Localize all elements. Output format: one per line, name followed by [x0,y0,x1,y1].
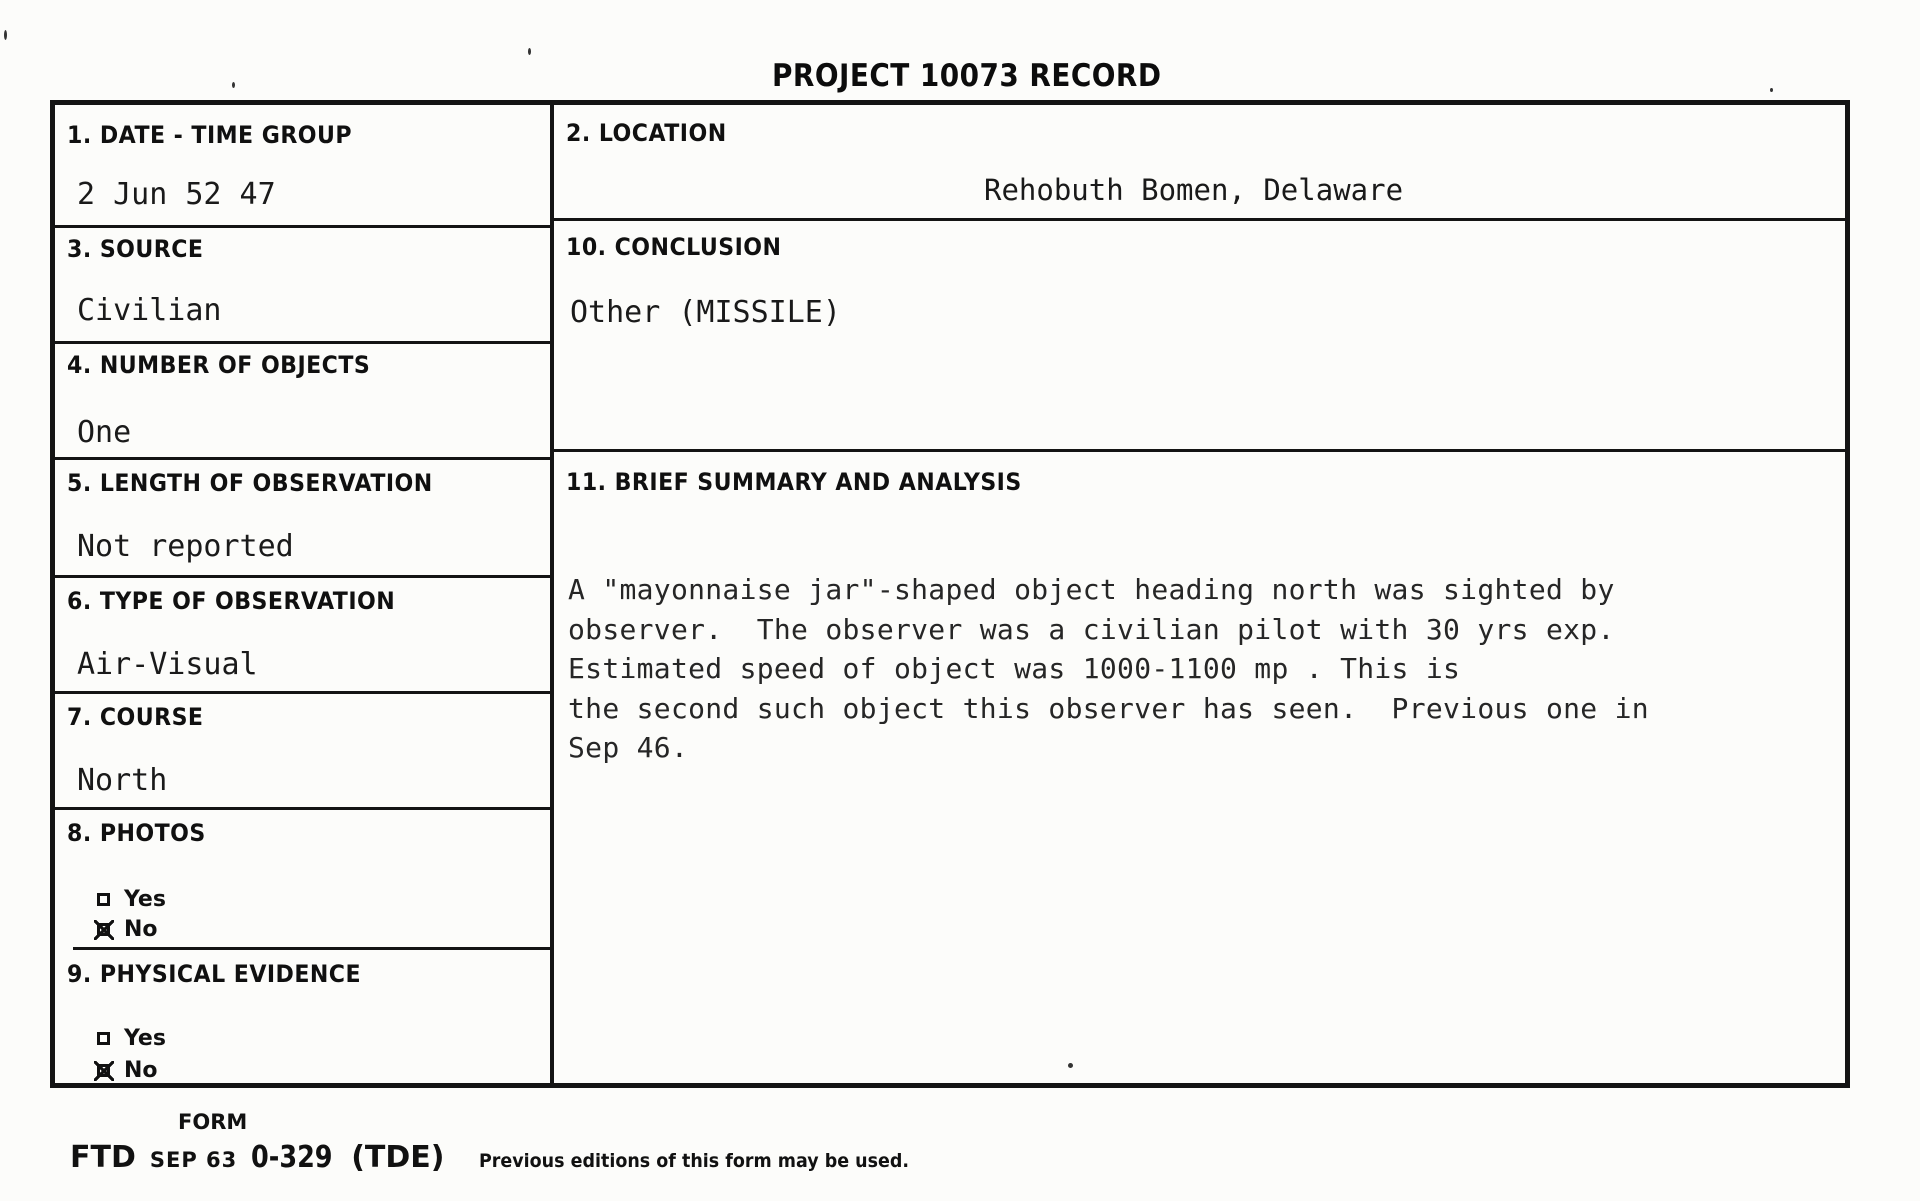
field-date-time-group: 1. DATE - TIME GROUP 2 Jun 52 47 [55,105,550,225]
field-label: 4. NUMBER OF OBJECTS [67,351,370,379]
scan-speck [528,48,531,55]
footer-office: (TDE) [351,1140,444,1175]
field-length-of-observation: 5. LENGTH OF OBSERVATION Not reported [55,457,550,575]
checkbox-icon[interactable] [97,893,110,906]
footer-form-word: FORM [178,1110,247,1134]
field-value: Not reported [77,529,294,564]
scan-speck [4,30,7,40]
footer-ftd: FTD [70,1140,136,1175]
option-label: Yes [124,887,166,912]
field-label: 2. LOCATION [566,119,727,147]
scan-speck [1068,1063,1073,1068]
checkbox-icon[interactable] [97,1032,110,1045]
footer-note: Previous editions of this form may be us… [479,1150,909,1172]
field-value: 2 Jun 52 47 [77,177,276,212]
scan-speck [232,82,235,88]
field-label: 6. TYPE OF OBSERVATION [67,587,395,615]
field-value: North [77,763,167,798]
field-label: 8. PHOTOS [67,819,206,847]
footer-date: SEP 63 [150,1148,237,1172]
footer-form-number: 0-329 [251,1140,333,1175]
document-title: PROJECT 10073 RECORD [772,58,1161,94]
field-number-of-objects: 4. NUMBER OF OBJECTS One [55,341,550,457]
field-label: 1. DATE - TIME GROUP [67,121,352,149]
field-course: 7. COURSE North [55,691,550,807]
field-label: 5. LENGTH OF OBSERVATION [67,469,433,497]
option-label: No [124,1058,158,1083]
field-physical-evidence: 9. PHYSICAL EVIDENCE Yes No [55,950,550,1090]
field-value: Air-Visual [77,647,258,682]
field-summary: 11. BRIEF SUMMARY AND ANALYSIS A "mayonn… [554,452,1845,1083]
field-location: 2. LOCATION Rehobuth Bomen, Delaware [554,105,1845,218]
field-value: Other (MISSILE) [570,295,841,330]
field-conclusion: 10. CONCLUSION Other (MISSILE) [554,221,1845,449]
checked-box-icon[interactable] [97,923,110,936]
field-type-of-observation: 6. TYPE OF OBSERVATION Air-Visual [55,575,550,691]
photos-option-yes[interactable]: Yes [97,887,166,912]
field-label: 9. PHYSICAL EVIDENCE [67,960,361,988]
scan-speck [1770,88,1773,92]
field-label: 11. BRIEF SUMMARY AND ANALYSIS [566,468,1022,496]
field-photos: 8. PHOTOS Yes No [55,807,550,947]
field-label: 3. SOURCE [67,235,203,263]
option-label: No [124,917,158,942]
field-label: 10. CONCLUSION [566,233,781,261]
checked-box-icon[interactable] [97,1064,110,1077]
field-value: Civilian [77,293,222,328]
photos-option-no[interactable]: No [97,917,158,942]
field-label: 7. COURSE [67,703,203,731]
field-value: One [77,415,131,450]
field-value: Rehobuth Bomen, Delaware [984,173,1403,207]
option-label: Yes [124,1026,166,1051]
record-form: 1. DATE - TIME GROUP 2 Jun 52 47 3. SOUR… [50,100,1850,1088]
summary-text: A "mayonnaise jar"-shaped object heading… [568,570,1858,768]
field-source: 3. SOURCE Civilian [55,225,550,341]
physical-evidence-option-no[interactable]: No [97,1058,158,1083]
physical-evidence-option-yes[interactable]: Yes [97,1026,166,1051]
